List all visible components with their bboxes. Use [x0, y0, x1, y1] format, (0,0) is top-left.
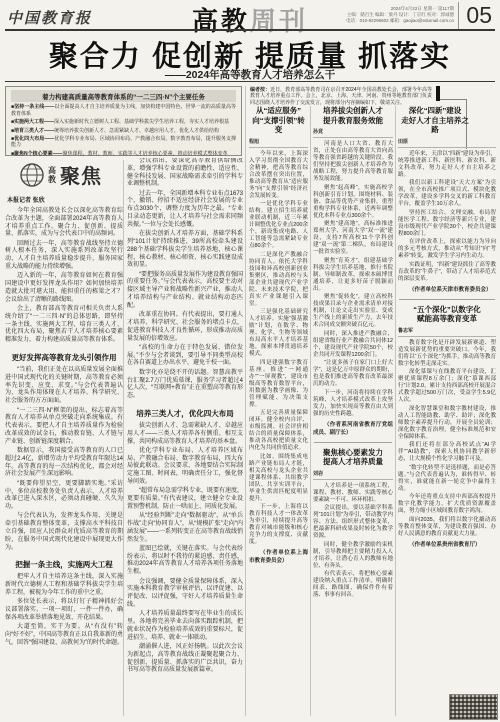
para: “让更多孩子在家门口上好大学”，这是亿万中原群众的期盼，也是我们推进高等教育改革…	[313, 360, 393, 388]
task-item-lead: ■聚焦N个核心要素——	[11, 151, 63, 157]
para: 数字化亦是绕不开的话题。智慧高教平台汇聚2.7万门优质慕课，服务学习者超过4亿人…	[127, 370, 243, 401]
column-rule	[245, 86, 246, 716]
para: 下一步，上海将以教育科技人才一体改革为牵引，持续提升高等教育对城市能级和核心竞争…	[249, 504, 308, 546]
byline: 孙竞	[313, 128, 393, 138]
para: 河南是人口大省、教育大省，正处在由高等教育大省向高等教育强省跨越的关键阶段。我们…	[313, 141, 393, 183]
byline: 本报记者 张欣	[7, 195, 123, 204]
para: 聚焦“促转化”，建立高校科技成果目录与企业需求清单对接机制，让论文走出实验室、变…	[313, 294, 393, 329]
byline: 鲁志军	[398, 327, 496, 337]
para: “要把服务高质量发展作为建设教育强国的重要任务。”与会代表表示，高校要主动对接区…	[127, 272, 243, 311]
contact-line: 电话：010-82296602 邮箱：gaojiao@edumail.com.c…	[284, 18, 454, 24]
task-item-lead: ■坚持一条主线——	[11, 104, 54, 110]
article-headline: 深化“四新”建设 走好人才自主培养之路	[398, 106, 496, 135]
task-item: ■坚持一条主线——以全面提高人才自主培养质量为主线，加快构建中国特色、世界一流的…	[11, 104, 236, 116]
bottom-right-graphic	[449, 694, 498, 720]
page-info: 2024年4月22日 星期一 第117期 主编：储召生 编辑：梁丹 设计：丁京红…	[284, 6, 454, 24]
column-rule	[123, 160, 124, 716]
para: 聚焦“建高地”，高标准推进郑州大学、河南大学“双一流”建设，支持7所高校11个学…	[313, 221, 393, 256]
task-item-lead: ■实施两大工程——	[11, 119, 54, 125]
stamp-title: 聚焦	[60, 160, 102, 189]
para: 同时，健全教学激励约束机制，引导教师把主要精力投入人才培养，让潜心育人的教师有地…	[313, 542, 393, 570]
task-item-text: 深入实施新时代立德树人工程、基础学科拔尖学生培养工程，夯实人才培养根基	[54, 119, 229, 125]
para: 优化学科专业布局、人才培养区域布局、产教融合布局、数字教育布局，四大布局彼此联动…	[127, 448, 243, 487]
headline-line: “五个深化”以数字化	[398, 305, 496, 315]
para: 聚焦“起高峰”，实施高校学科创新引育计划，围绕材料、装备、食品等优势产业集群，重…	[313, 185, 393, 220]
para: 迈入新的一年，高等教育如何在教育强国建设中更好发挥龙头作用？如何加快培养造就大批…	[5, 273, 123, 304]
column-rule	[395, 106, 396, 716]
para: 在评价改革上，探索以能力为导向的多元考核方式，推动从“考知识”向“考素养”转变，…	[398, 239, 496, 260]
para: 四是建强数字教育基座。推进“一网通办”“一屏观教”，建设市级高等教育数智平台，用…	[249, 360, 308, 409]
para: 今年全国高教处长会以深化高等教育综合改革为主题，全面部署2024年高等教育人才培…	[5, 208, 123, 239]
task-item: ■聚焦N个核心要素——聚焦课程、教材、教师、实践等人才培养核心要素，推动培养模式…	[11, 151, 236, 157]
para: “数字化转型不是选择题，而是必答题。”与会代表普遍认为，谁转得早、转得实，谁就能…	[398, 465, 496, 493]
article-headline: 从“适应服务” 向“支撑引领”转变	[249, 106, 308, 135]
headline-line: 赋能高等教育变革	[398, 314, 496, 324]
section-title-bold: 高教	[192, 6, 250, 36]
task-item: ■培育三类人才——统筹培养拔尖创新人才、急需紧缺人才、卓越应用人才，优化人才供给…	[11, 128, 236, 134]
para: 教育数字化是开辟发展新赛道、塑造发展新优势的重要突破口。今年，我们将以“五个深化…	[398, 340, 496, 368]
para: 数据显示，我国接受高等教育的人口已超过2.4亿，新增劳动力平均受教育年限达14年…	[5, 448, 123, 479]
task-item: ■优化四大布局——优化学科专业布局、区域协同布局、产教融合布局、数字教育布局，提…	[11, 136, 236, 148]
headline-line: 深化“四新”建设	[398, 106, 472, 116]
para: 大道至简，实干为要。从“有没有”转向“好不好”，中国高等教育正以自我革新的勇气，…	[5, 624, 123, 647]
task-item-text: 聚焦课程、教材、教师、实践等人才培养核心要素，推动培养模式整体变革	[63, 151, 228, 157]
stamp-prefix: 高教	[48, 166, 57, 184]
editor-note-text: 近日，教育部高等教育司在京召开2024年全国高教处长会，部署今年高等教育人才培养…	[250, 87, 432, 106]
article-shanghai: 从“适应服务” 向“支撑引领”转变 程旭 今年以来，上海深入学习贯彻全国教育大会…	[249, 104, 308, 718]
para: 面向2035，我们将以数字化撬动高等教育整体变革，为建设教育强国、办好人民满意的…	[398, 517, 496, 538]
para: 与会代表认为，发挥龙头作用，关键是牵引基础教育整体变革，支撑高水平科技自立自强，…	[5, 513, 123, 552]
byline: 刘岩	[313, 470, 393, 480]
article-headline: 聚焦核心要素发力 提高人才培养质量	[313, 448, 393, 467]
para: 近年来，天津以“四新”建设为牵引，统筹推进新工科、新医科、新农科、新文科改革，努…	[398, 151, 496, 179]
editor-note-bracket-h	[440, 99, 467, 100]
para: 改革重在协同。有代表提出，要打通人才培养、科学研究、社会服务的堵点卡点，促进教育…	[127, 312, 243, 343]
para: 五是完善质量保障闭环。健全校内自评、市级监测、社会评价相结合的质量保障体系，推动…	[249, 410, 308, 452]
para: 回顾过去一年，高等教育战线坚持立德树人根本任务，深入实施系列改革攻坚行动，人才自…	[5, 241, 123, 272]
article-divider	[314, 442, 392, 443]
para: 同时，深入推进产教融合，组建省级行业产教融合共同体12个，建设现代产业学院50个…	[313, 331, 393, 359]
globe-icon	[19, 162, 45, 188]
header-rule	[5, 29, 495, 31]
task-summary-box: 着力构建高质量高等教育体系的“一二三四·N”个主要任务 ■坚持一条主线——以全面…	[5, 86, 242, 156]
headline-line: 向“支撑引领”转变	[249, 116, 308, 135]
author-credit: （作者单位系贵州省教育厅）	[398, 540, 496, 548]
headline-line: 聚焦核心要素发力	[313, 448, 393, 458]
headline-line: 走好人才自主培养之路	[398, 116, 472, 135]
author-credit: （作者单位系天津市教育委员会）	[398, 285, 496, 293]
author-credit: （作者系河南省教育厅党组成员、副厅长）	[313, 420, 393, 436]
para: 深化智慧课堂和数字教材建设，推动人工智能助教、助学、助评；深化教师数字素养提升行…	[398, 406, 496, 441]
para: 三是强化基础研究人才培养。实施“强基激励”计划，在数学、物理、化学、生物等领域布…	[249, 309, 308, 358]
para: 实践证明，“四新”建设抓住了高等教育改革的“牛鼻子”，带动了人才培养范式的深层变…	[398, 262, 496, 283]
task-item: ■实施两大工程——深入实施新时代立德树人工程、基础学科拔尖学生培养工程，夯实人才…	[11, 119, 236, 125]
para: 把牢人才自主培养这条主线，深入实施新时代立德树人工程和基础学科拔尖学生培养工程，…	[5, 574, 123, 597]
main-article-column-2: 会议指出，要深化高等教育供给侧改革，增强学科专业设置的前瞻性、适应性，健全科技发…	[127, 158, 243, 718]
subhead: 更好发挥高等教育龙头引领作用	[5, 352, 123, 363]
para: “高校的生命力在于特色发展、错位发展。”不少与会者谈到，要引导不同类型高校在各自…	[127, 345, 243, 368]
article-headline: 培养拔尖创新人才 提升教育服务效能	[313, 106, 393, 125]
page-number: 05	[458, 2, 492, 29]
author-credit: （作者单位系上海市教育委员会）	[249, 548, 308, 564]
para: 人才培养质量最终要写在毕业生的成长里。各地将完善毕业去向落实跟踪机制，把就业状况…	[127, 611, 243, 642]
para: 潮涌催人进，风正好扬帆。以此次会议为新起点，高等教育战线正凝聚起聚合力、促创新、…	[127, 644, 243, 675]
para: 我们还将在部分高校试点“AI学伴”“AI助教”，探索人机协同教学新形态，让大规模…	[398, 442, 496, 463]
headline-line: 培养拔尖创新人才	[313, 106, 393, 116]
para: 多位处长表示，将以钉钉子精神抓好会议部署落实，一项一项盯、一件一件办，确保各项改…	[5, 599, 123, 622]
task-box-title: 着力构建高质量高等教育体系的“一二三四·N”个主要任务	[11, 90, 236, 102]
para: “超常布局急需学科专业，既要有速度，更要有质量。”有代表建议，建立健全专业设置预…	[127, 488, 243, 511]
para: 坚持医工结合、文理交融，布局智能医学工程、数字经济等新兴专业，建设市级现代产业学…	[398, 210, 496, 238]
headline-line: 提升教育服务效能	[313, 116, 393, 126]
para: 二是深化产教融合协同育人。依托大学科技园和环高校创新创业集聚区，推动高校与头部企…	[249, 252, 308, 308]
para: 会议指出，要深化高等教育供给侧改革，增强学科专业设置的前瞻性、适应性，健全科技发…	[127, 158, 243, 189]
para: 拔尖创新人才、急需紧缺人才、卓越应用人才——三类人才培养各有侧重、相互支撑，共同…	[127, 423, 243, 446]
para: 今年还将重点支持中西部高校提升数字化教学能力，扩大优质资源覆盖面，努力缩小区域间…	[398, 494, 496, 515]
para: 今年以来，上海深入学习贯彻全国教育大会精神，把高等教育综合改革摆在突出位置，推动…	[249, 151, 308, 200]
para: 人才培养是一项系统工程，课程、教材、教师、实践等核心要素缺一不可、环环相扣。	[313, 483, 393, 504]
para: 在拔尖创新人才培养方面，基础学科系列“101计划”持续推进，39所高校牵头建设2…	[127, 231, 243, 270]
para: 我们以新工科建设“天大方案”为引领，在全市高校推广项目式、模块化教学改革，建设多…	[398, 180, 496, 208]
para: “当前，我们正处在以高质量发展全面推进中国式现代化的关键时期，高等教育必须率先识…	[5, 367, 123, 406]
task-item-lead: ■培育三类人才——	[11, 128, 54, 134]
focus-stamp: 高教 聚焦	[19, 160, 123, 189]
para: 聚焦“育英才”，组建基础学科拔尖学生培养基地，推行书院制、导师制改革，探索本硕博…	[313, 258, 393, 293]
para: 会议强调，要健全质量保障体系，深入实施本科教育教学审核评估，以评促建、以评促改、…	[127, 579, 243, 610]
para: 会议提出，要以基础学科系列“101计划”为牵引，带动教学内容、方法、组织形式整体…	[313, 505, 393, 540]
article-divider	[399, 299, 495, 300]
article-tianjin: 深化“四新”建设 走好人才自主培养之路 田原 近年来，天津以“四新”建设为牵引，…	[398, 104, 496, 718]
subhead: 培养三类人才，优化四大布局	[127, 408, 243, 419]
headline-line: 从“适应服务”	[249, 106, 308, 116]
para: “既要仰望星空，更要脚踏实地。”采访中，多位高校教务处负责人表示，人才培养改革已…	[5, 481, 123, 512]
newspaper-page: 中国教育报 高教周刊 2024年4月22日 星期一 第117期 主编：储召生 编…	[0, 0, 500, 722]
para: 会上，教育部高等教育司相关负责人系统介绍了“一二三四·N”的总体思路，即坚持一条…	[5, 306, 123, 345]
subhead: 把握一条主线，实施两大工程	[5, 559, 123, 570]
task-item-text: 统筹培养拔尖创新人才、急需紧缺人才、卓越应用人才，优化人才供给结构	[54, 128, 219, 134]
para: 从“经验判断”走向“数据驱动”，从“单兵作战”走向“协同育人”，从“规模扩张”走…	[127, 513, 243, 544]
para: 过去一年，全国新增本科专业布点1673个，撤销、停招不适应经济社会发展的专业布点…	[127, 191, 243, 230]
para: “一二三四·N”框架的提出，标志着高等教育人才培养从单点突破走向系统集成。有代表…	[5, 408, 123, 447]
column-rule	[310, 106, 311, 716]
para: 比如，围绕集成电路产业链布局人才链，相关高校与龙头企业共建课程体系、共组教学团队…	[249, 454, 308, 503]
headline-rule	[5, 81, 495, 82]
para: 深化慕课与在线教育平台建设，汇聚优质课程8万余门；深化“慕课西部行”计划2.0，…	[398, 369, 496, 404]
main-article-column-1: 高教 聚焦 本报记者 张欣 今年全国高教处长会以深化高等教育综合改革为主题，全面…	[5, 158, 123, 718]
byline: 田原	[398, 138, 496, 148]
headline-line: 提高人才培养质量	[313, 457, 393, 467]
para: 有代表表示，将把核心要素建设纳入重点工作清单，明确时间表、路线图，确保件件有着落…	[313, 571, 393, 599]
para: 下一步，河南将持续在学科筑峰、人才培养模式改革上攻坚发力，加快实现高等教育由大到…	[313, 390, 393, 418]
para: 一是优化学科专业结构。建立招生培养就业联动机制，近三年累计调整优化专业点200余…	[249, 201, 308, 250]
para: 蓝图已绘就，关键在落实。与会代表纷纷表示，将以时不我待的紧迫感、责任感，推动20…	[127, 546, 243, 577]
article-headline: “五个深化”以数字化 赋能高等教育变革	[398, 305, 496, 324]
byline: 程旭	[249, 138, 308, 148]
sub-headline: ——2024年高等教育人才培养怎么干	[0, 67, 500, 82]
article-henan: 培养拔尖创新人才 提升教育服务效能 孙竞 河南是人口大省、教育大省，正处在由高等…	[313, 104, 393, 718]
